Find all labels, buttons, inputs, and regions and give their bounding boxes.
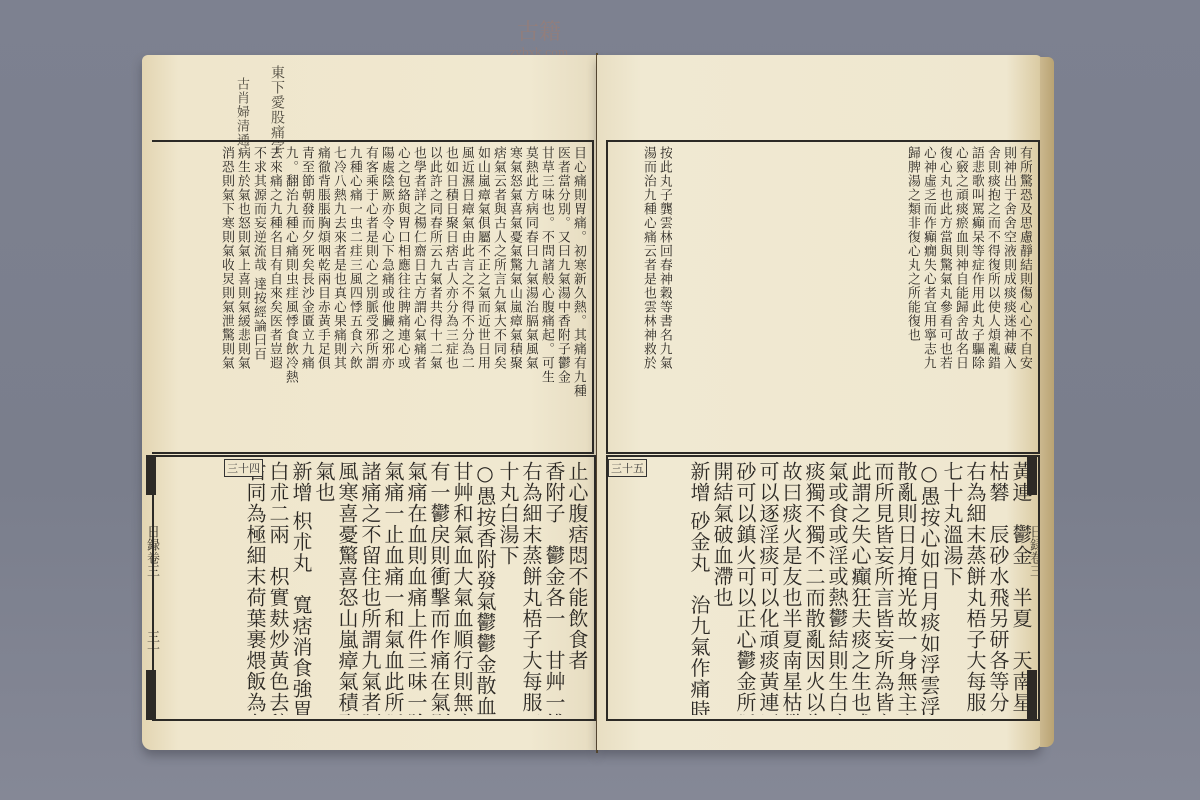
text-column: ○愚按心如日月痰如浮雲浮雲 [917,461,940,715]
text-column: 莫熱此方病同春曰九氣湯治膈氣風氣 [522,146,538,448]
text-column: 而所見皆妄所言皆妄所為皆妄 [871,461,894,715]
text-column: 痞氣云者與古人之所言九氣大不同矣 [490,146,506,448]
open-book: 東下愛股痛字 古肖婦清通 目心痛則胃痛。初寒新久熱。其痛有九種医者當分別。又曰九… [140,45,1055,765]
text-column: 如山嵐瘴氣俱屬不正之氣而近世日用 [474,146,490,448]
text-column: 青至節朝發而夕死矣長沙金匱立九痛 [298,146,314,448]
text-column: 痰獨不獨不二而散亂因火以為患 [802,461,825,715]
text-column: 心竅之頑痰瘀血則神自能歸舍故名日 [952,146,968,448]
text-column: 右同為極細末荷葉裹煨飯為丸 [243,461,266,715]
page-edge-stack [1040,57,1054,747]
right-upper-text-block: 有所驚恐及思慮靜結則傷心心不自安則神出于舍舍空液則成痰痰迷神藏入舍則痰抱之而不得… [606,140,1040,454]
text-column: 去來痛之九種名目有自來矣医者豈遐 [266,146,282,448]
text-column: 新增 砂金丸 治九氣作痛時發時 [687,461,710,715]
text-column: 止心腹痞悶不能飲食者 [565,461,588,715]
text-column: 則神出于舍舍空液則成痰痰迷神藏入 [1000,146,1016,448]
margin-note-2: 古肖婦清通 [232,77,251,147]
text-column: 氣也 [312,461,335,715]
fold-mark-right-bottom [1027,670,1037,720]
text-column: 心之包絡與胃口相應往往脾痛連心或 [394,146,410,448]
text-column: 散亂則日月掩光故一身無主宰 [894,461,917,715]
left-lower-text-block: 止心腹痞悶不能飲食者香附子 鬱金各一 甘艸一錢右為細末蒸餅丸梧子大每服五十丸白湯… [152,455,596,721]
text-column: 氣痛一止血痛一和氣血此所以 [381,461,404,715]
text-column: 故曰痰火是友也半夏南星枯礬 [779,461,802,715]
text-column: 也如日積日聚日痞古人亦分為三症也 [442,146,458,448]
text-column: 目心痛則胃痛。初寒新久熱。其痛有九種 [570,146,586,448]
text-column: 舍則痰抱之而不得復所以使人煩亂錯 [984,146,1000,448]
text-column: 七冷八熱九去來者是也真心果痛則其 [330,146,346,448]
left-upper-text-block: 目心痛則胃痛。初寒新久熱。其痛有九種医者當分別。又曰九氣湯中香附子鬱金甘草三味也… [152,140,594,454]
text-column: 可以逐淫痰可以化頑痰黃連辰 [756,461,779,715]
text-column: 白朮二兩 枳實麸炒黃色去穰一兩 [266,461,289,715]
text-column: 風寒喜憂驚喜怒山嵐瘴氣積聚痞 [335,461,358,715]
text-column: 九。翻治九種心痛則虫疰風悸食飲冷熱 [282,146,298,448]
text-column: 九種心痛一虫二疰三風四悸五食六飲 [346,146,362,448]
right-lower-text-block: 黃連 鬱金 半夏 天南星枯礬 辰砂水飛另研各等分右為細末蒸餅丸梧子大每服五七十丸… [606,455,1040,721]
text-column: 医者當分別。又曰九氣湯中香附子鬱金 [554,146,570,448]
text-column: 十丸白湯下 [496,461,519,715]
text-column: 右為細末蒸餅丸梧子大每服五 [963,461,986,715]
text-column: 甘艸和氣血大氣血順行則無病 [450,461,473,715]
text-column: 有客乘于心者是則心之別脈受邪所謂 [362,146,378,448]
left-page: 東下愛股痛字 古肖婦清通 目心痛則胃痛。初寒新久熱。其痛有九種医者當分別。又曰九… [142,55,597,750]
page-number-box: 三十四 [224,459,263,477]
text-column: 心神虛乏而作癲癇失心者宜用寧志九 [920,146,936,448]
text-column: 歸脾湯之類非復心丸之所能復也 [904,146,920,448]
fold-mark-right-top [1027,455,1037,495]
text-column: 氣痛在血則血痛上件三味一除 [404,461,427,715]
text-column: 病生於氣也怒則氣上喜則氣緩悲則氣 [234,146,250,448]
text-column: 有一鬱戾則衝擊而作痛在氣則 [427,461,450,715]
text-column: 寒氣怒氣喜氣憂氣驚氣山嵐瘴氣積聚 [506,146,522,448]
text-column: 右為細末蒸餅丸梧子大每服五 [519,461,542,715]
text-column: 香附子 鬱金各一 甘艸一錢 [542,461,565,715]
text-column: 砂可以鎮火可以正心鬱金所以 [733,461,756,715]
text-column: 枯礬 辰砂水飛另研各等分 [986,461,1009,715]
text-column: 按此丸子龔雲林回春神穀等書名九氣 [656,146,672,448]
text-column: 湯而治九種心痛云者是也雲林神救於 [640,146,656,448]
text-column: 以此許之同春所云九氣者共得十二氣 [426,146,442,448]
text-column: 開結氣破血滯也 [710,461,733,715]
text-column: 諸痛之不留住也所謂九氣者膈 [358,461,381,715]
text-column: 風近濕日瘴氣由此言之不得不分為二 [458,146,474,448]
text-column: 此謂之失心癲狂夫痰之生也或 [848,461,871,715]
text-column: 痛徹背脹脹胸煩咽乾兩目赤黃手足俱 [314,146,330,448]
text-column: 不求其源而妄逆流哉 達按經論曰百 [250,146,266,448]
text-column: 新增 枳朮丸 寬痞消食強胃 [289,461,312,715]
text-column: 陽處陰厥亦令心下急痛或他臟之邪亦 [378,146,394,448]
text-column: 消恐則氣下寒則氣收炅則氣泄驚則氣 [218,146,234,448]
text-column: 甘草三味也。不問諸般心腹痛起。可生 [538,146,554,448]
page-number-box-right: 三十五 [608,459,647,477]
text-column: 復心丸也此方當與驚氣丸參看可也若 [936,146,952,448]
text-column: 語悲歌叫罵癲呆等症作用此丸子驅除 [968,146,984,448]
text-column: 七十丸溫湯下 [940,461,963,715]
right-page: 有所驚恐及思慮靜結則傷心心不自安則神出于舍舍空液則成痰痰迷神藏入舍則痰抱之而不得… [597,55,1042,750]
text-column: ○愚按香附發氣鬱鬱金散血鬱 [473,461,496,715]
text-column: 有所驚恐及思慮靜結則傷心心不自安 [1016,146,1032,448]
text-column: 氣或食或淫或熱鬱結則生白痰 [825,461,848,715]
text-column: 也學者詳之楊仁齋日古方謂心氣痛者 [410,146,426,448]
